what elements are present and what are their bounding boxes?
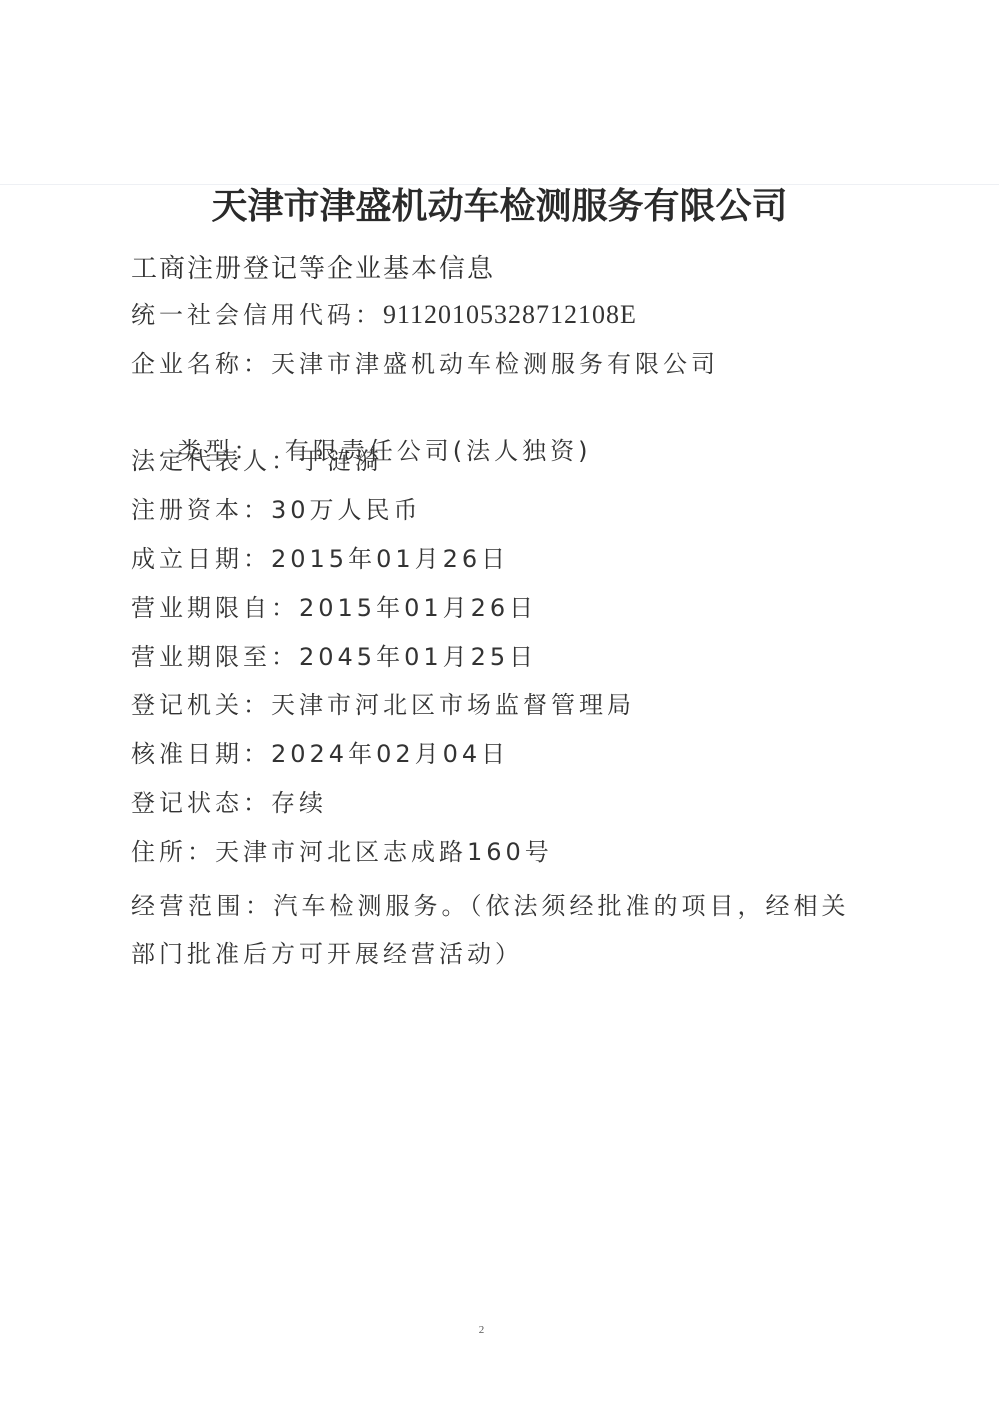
field-label: 统一社会信用代码： xyxy=(131,301,383,329)
field-label: 营业期限自： xyxy=(131,594,299,622)
field-value: 30万人民币 xyxy=(271,496,422,524)
field-value: 2015年01月26日 xyxy=(299,594,537,622)
field-value: 2015年01月26日 xyxy=(271,545,509,573)
field-business-term-from: 营业期限自：2015年01月26日 xyxy=(131,589,891,638)
field-label: 成立日期： xyxy=(131,545,271,573)
field-value: 天津市河北区市场监督管理局 xyxy=(271,691,635,719)
field-business-scope: 经营范围：汽车检测服务。（依法须经批准的项目，经相关部门批准后方可开展经营活动） xyxy=(131,882,876,978)
field-registration-authority: 登记机关：天津市河北区市场监督管理局 xyxy=(131,686,891,735)
company-info-list: 统一社会信用代码：91120105328712108E 企业名称：天津市津盛机动… xyxy=(131,296,891,978)
field-label: 法定代表人： xyxy=(131,447,299,475)
field-credit-code: 统一社会信用代码：91120105328712108E xyxy=(131,296,891,345)
field-value: 天津市津盛机动车检测服务有限公司 xyxy=(271,350,719,378)
field-company-type: 类型： 有限责任公司(法人独资) xyxy=(131,394,891,443)
field-value: 存续 xyxy=(271,789,327,817)
field-registration-status: 登记状态：存续 xyxy=(131,784,891,833)
document-title: 天津市津盛机动车检测服务有限公司 xyxy=(0,178,999,229)
field-address: 住所：天津市河北区志成路160号 xyxy=(131,833,891,882)
field-label: 注册资本： xyxy=(131,496,271,524)
field-label: 核准日期： xyxy=(131,740,271,768)
field-registered-capital: 注册资本：30万人民币 xyxy=(131,491,891,540)
field-business-term-to: 营业期限至：2045年01月25日 xyxy=(131,638,891,687)
field-label: 营业期限至： xyxy=(131,643,299,671)
field-established-date: 成立日期：2015年01月26日 xyxy=(131,540,891,589)
field-label: 经营范围： xyxy=(131,892,274,920)
field-value: 2045年01月25日 xyxy=(299,643,537,671)
field-company-name: 企业名称：天津市津盛机动车检测服务有限公司 xyxy=(131,345,891,394)
field-value: 天津市河北区志成路160号 xyxy=(215,838,553,866)
field-label: 登记状态： xyxy=(131,789,271,817)
field-value: 2024年02月04日 xyxy=(271,740,509,768)
field-value: 91120105328712108E xyxy=(383,300,637,329)
field-label: 登记机关： xyxy=(131,691,271,719)
field-approval-date: 核准日期：2024年02月04日 xyxy=(131,735,891,784)
field-label: 住所： xyxy=(131,838,215,866)
field-label: 企业名称： xyxy=(131,350,271,378)
section-heading: 工商注册登记等企业基本信息 xyxy=(131,248,495,285)
field-value: 于涟漪 xyxy=(299,447,383,475)
page-number: 2 xyxy=(0,1324,963,1336)
